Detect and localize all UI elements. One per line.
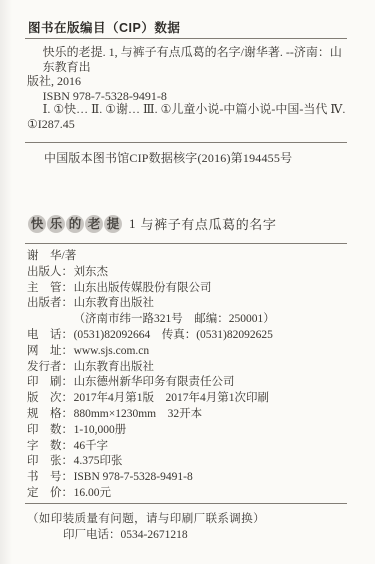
colophon-label: 规 格 xyxy=(27,407,62,423)
author-line: 谢 华/著 xyxy=(27,249,357,265)
title-bubble: 提 xyxy=(104,215,122,233)
colophon-value: (0531)82092664 传真：(0531)82092625 xyxy=(74,329,273,341)
colophon-value: （济南市纬一路321号 邮编：250001） xyxy=(74,313,275,325)
colophon-row: 印 数：1-10,000册 xyxy=(27,423,357,439)
colophon-colon: ： xyxy=(62,470,74,486)
classification-line: Ⅰ. ①快… Ⅱ. ①谢… Ⅲ. ①儿童小说-中篇小说-中国-当代 Ⅳ. xyxy=(27,102,351,117)
classification-line: ①I287.45 xyxy=(27,117,351,132)
colophon-row: 定 价：16.00元 xyxy=(27,486,357,502)
colophon-value: 880mm×1230mm 32开本 xyxy=(74,408,203,420)
colophon-row: 印 张：4.375印张 xyxy=(27,454,357,470)
title-bubble: 乐 xyxy=(47,215,65,233)
series-title-bubbles: 快乐的老提 xyxy=(28,215,123,233)
colophon-colon: ： xyxy=(62,296,74,312)
colophon-label: 印 刷 xyxy=(27,375,62,391)
colophon-label: 出版人 xyxy=(27,265,62,281)
title-bubble: 快 xyxy=(28,215,46,233)
colophon-colon: ： xyxy=(62,439,74,455)
cip-registration: 中国版本图书馆CIP数据核字(2016)第194455号 xyxy=(44,149,292,166)
volume-number: 1 xyxy=(129,216,136,232)
series-title: 快乐的老提 1 与裤子有点瓜葛的名字 xyxy=(28,213,277,234)
colophon-value: 山东德州新华印务有限责任公司 xyxy=(74,376,235,388)
colophon-label: 网 址 xyxy=(27,344,62,360)
colophon-label: 电 话 xyxy=(27,328,62,344)
colophon-row: （济南市纬一路321号 邮编：250001） xyxy=(27,312,357,328)
colophon-value: 山东教育出版社 xyxy=(74,361,155,373)
colophon-colon: ： xyxy=(62,423,74,439)
colophon-row: 电 话：(0531)82092664 传真：(0531)82092625 xyxy=(27,328,357,344)
colophon-label: 印 数 xyxy=(27,423,62,439)
colophon-row: 字 数：46千字 xyxy=(27,439,357,455)
colophon-colon: ： xyxy=(62,281,74,297)
colophon-row: 网 址：www.sjs.com.cn xyxy=(27,344,357,360)
colophon-value: 16.00元 xyxy=(74,487,111,499)
colophon-value: ISBN 978-7-5328-9491-8 xyxy=(74,471,193,483)
quality-notice: （如印装质量有问题，请与印刷厂联系调换） xyxy=(27,510,265,526)
colophon-row: 版 次：2017年4月第1版 2017年4月第1次印刷 xyxy=(27,391,357,407)
colophon-value: 4.375印张 xyxy=(74,455,123,467)
colophon-value: 山东教育出版社 xyxy=(74,297,155,309)
colophon-colon: ： xyxy=(62,265,74,281)
colophon-label: 印 张 xyxy=(27,454,62,470)
divider xyxy=(25,38,347,39)
colophon-label: 发行者 xyxy=(27,360,62,376)
colophon-value: 46千字 xyxy=(74,440,109,452)
colophon-colon: ： xyxy=(62,454,74,470)
colophon-label: 书 号 xyxy=(27,470,62,486)
colophon-row: 出版者：山东教育出版社 xyxy=(27,296,357,312)
divider xyxy=(25,142,347,143)
colophon-value: 山东出版传媒股份有限公司 xyxy=(74,282,212,294)
colophon-colon: ： xyxy=(62,344,74,360)
colophon-row: 印 刷：山东德州新华印务有限责任公司 xyxy=(27,375,357,391)
colophon-colon xyxy=(62,312,74,328)
subtitle: 与裤子有点瓜葛的名字 xyxy=(141,214,277,233)
colophon-label: 字 数 xyxy=(27,439,62,455)
printer-phone: 印厂电话：0534-2671218 xyxy=(63,526,188,542)
colophon-colon: ： xyxy=(62,407,74,423)
colophon-row: 规 格：880mm×1230mm 32开本 xyxy=(27,407,357,423)
colophon-colon: ： xyxy=(62,486,74,502)
colophon: 谢 华/著 出版人：刘东杰主 管：山东出版传媒股份有限公司出版者：山东教育出版社… xyxy=(27,249,357,502)
colophon-label: 定 价 xyxy=(27,486,62,502)
colophon-colon: ： xyxy=(62,328,74,344)
colophon-value: www.sjs.com.cn xyxy=(74,345,150,357)
cip-header: 图书在版编目（CIP）数据 xyxy=(28,18,180,36)
cip-classification: Ⅰ. ①快… Ⅱ. ①谢… Ⅲ. ①儿童小说-中篇小说-中国-当代 Ⅳ. ①I2… xyxy=(27,102,351,131)
colophon-row: 主 管：山东出版传媒股份有限公司 xyxy=(27,281,357,297)
colophon-label: 主 管 xyxy=(27,281,62,297)
title-bubble: 老 xyxy=(85,215,103,233)
colophon-label: 出版者 xyxy=(27,296,62,312)
colophon-label: 版 次 xyxy=(27,391,62,407)
colophon-value: 1-10,000册 xyxy=(74,424,127,436)
colophon-value: 刘东杰 xyxy=(74,266,109,278)
colophon-colon: ： xyxy=(62,391,74,407)
cip-entry-line: 快乐的老提. 1, 与裤子有点瓜葛的名字/谢华著. --济南：山东教育出 xyxy=(27,45,351,74)
colophon-value: 2017年4月第1版 2017年4月第1次印刷 xyxy=(74,392,270,404)
divider xyxy=(25,503,347,504)
book-copyright-page: 图书在版编目（CIP）数据 快乐的老提. 1, 与裤子有点瓜葛的名字/谢华著. … xyxy=(0,0,375,564)
cip-entry-line: 版社, 2016 xyxy=(27,74,351,89)
colophon-colon: ： xyxy=(62,360,74,376)
colophon-row: 出版人：刘东杰 xyxy=(27,265,357,281)
divider xyxy=(25,243,347,244)
cip-entry: 快乐的老提. 1, 与裤子有点瓜葛的名字/谢华著. --济南：山东教育出 版社,… xyxy=(27,45,351,103)
title-bubble: 的 xyxy=(66,215,84,233)
colophon-colon: ： xyxy=(62,375,74,391)
colophon-row: 发行者：山东教育出版社 xyxy=(27,360,357,376)
colophon-row: 书 号：ISBN 978-7-5328-9491-8 xyxy=(27,470,357,486)
